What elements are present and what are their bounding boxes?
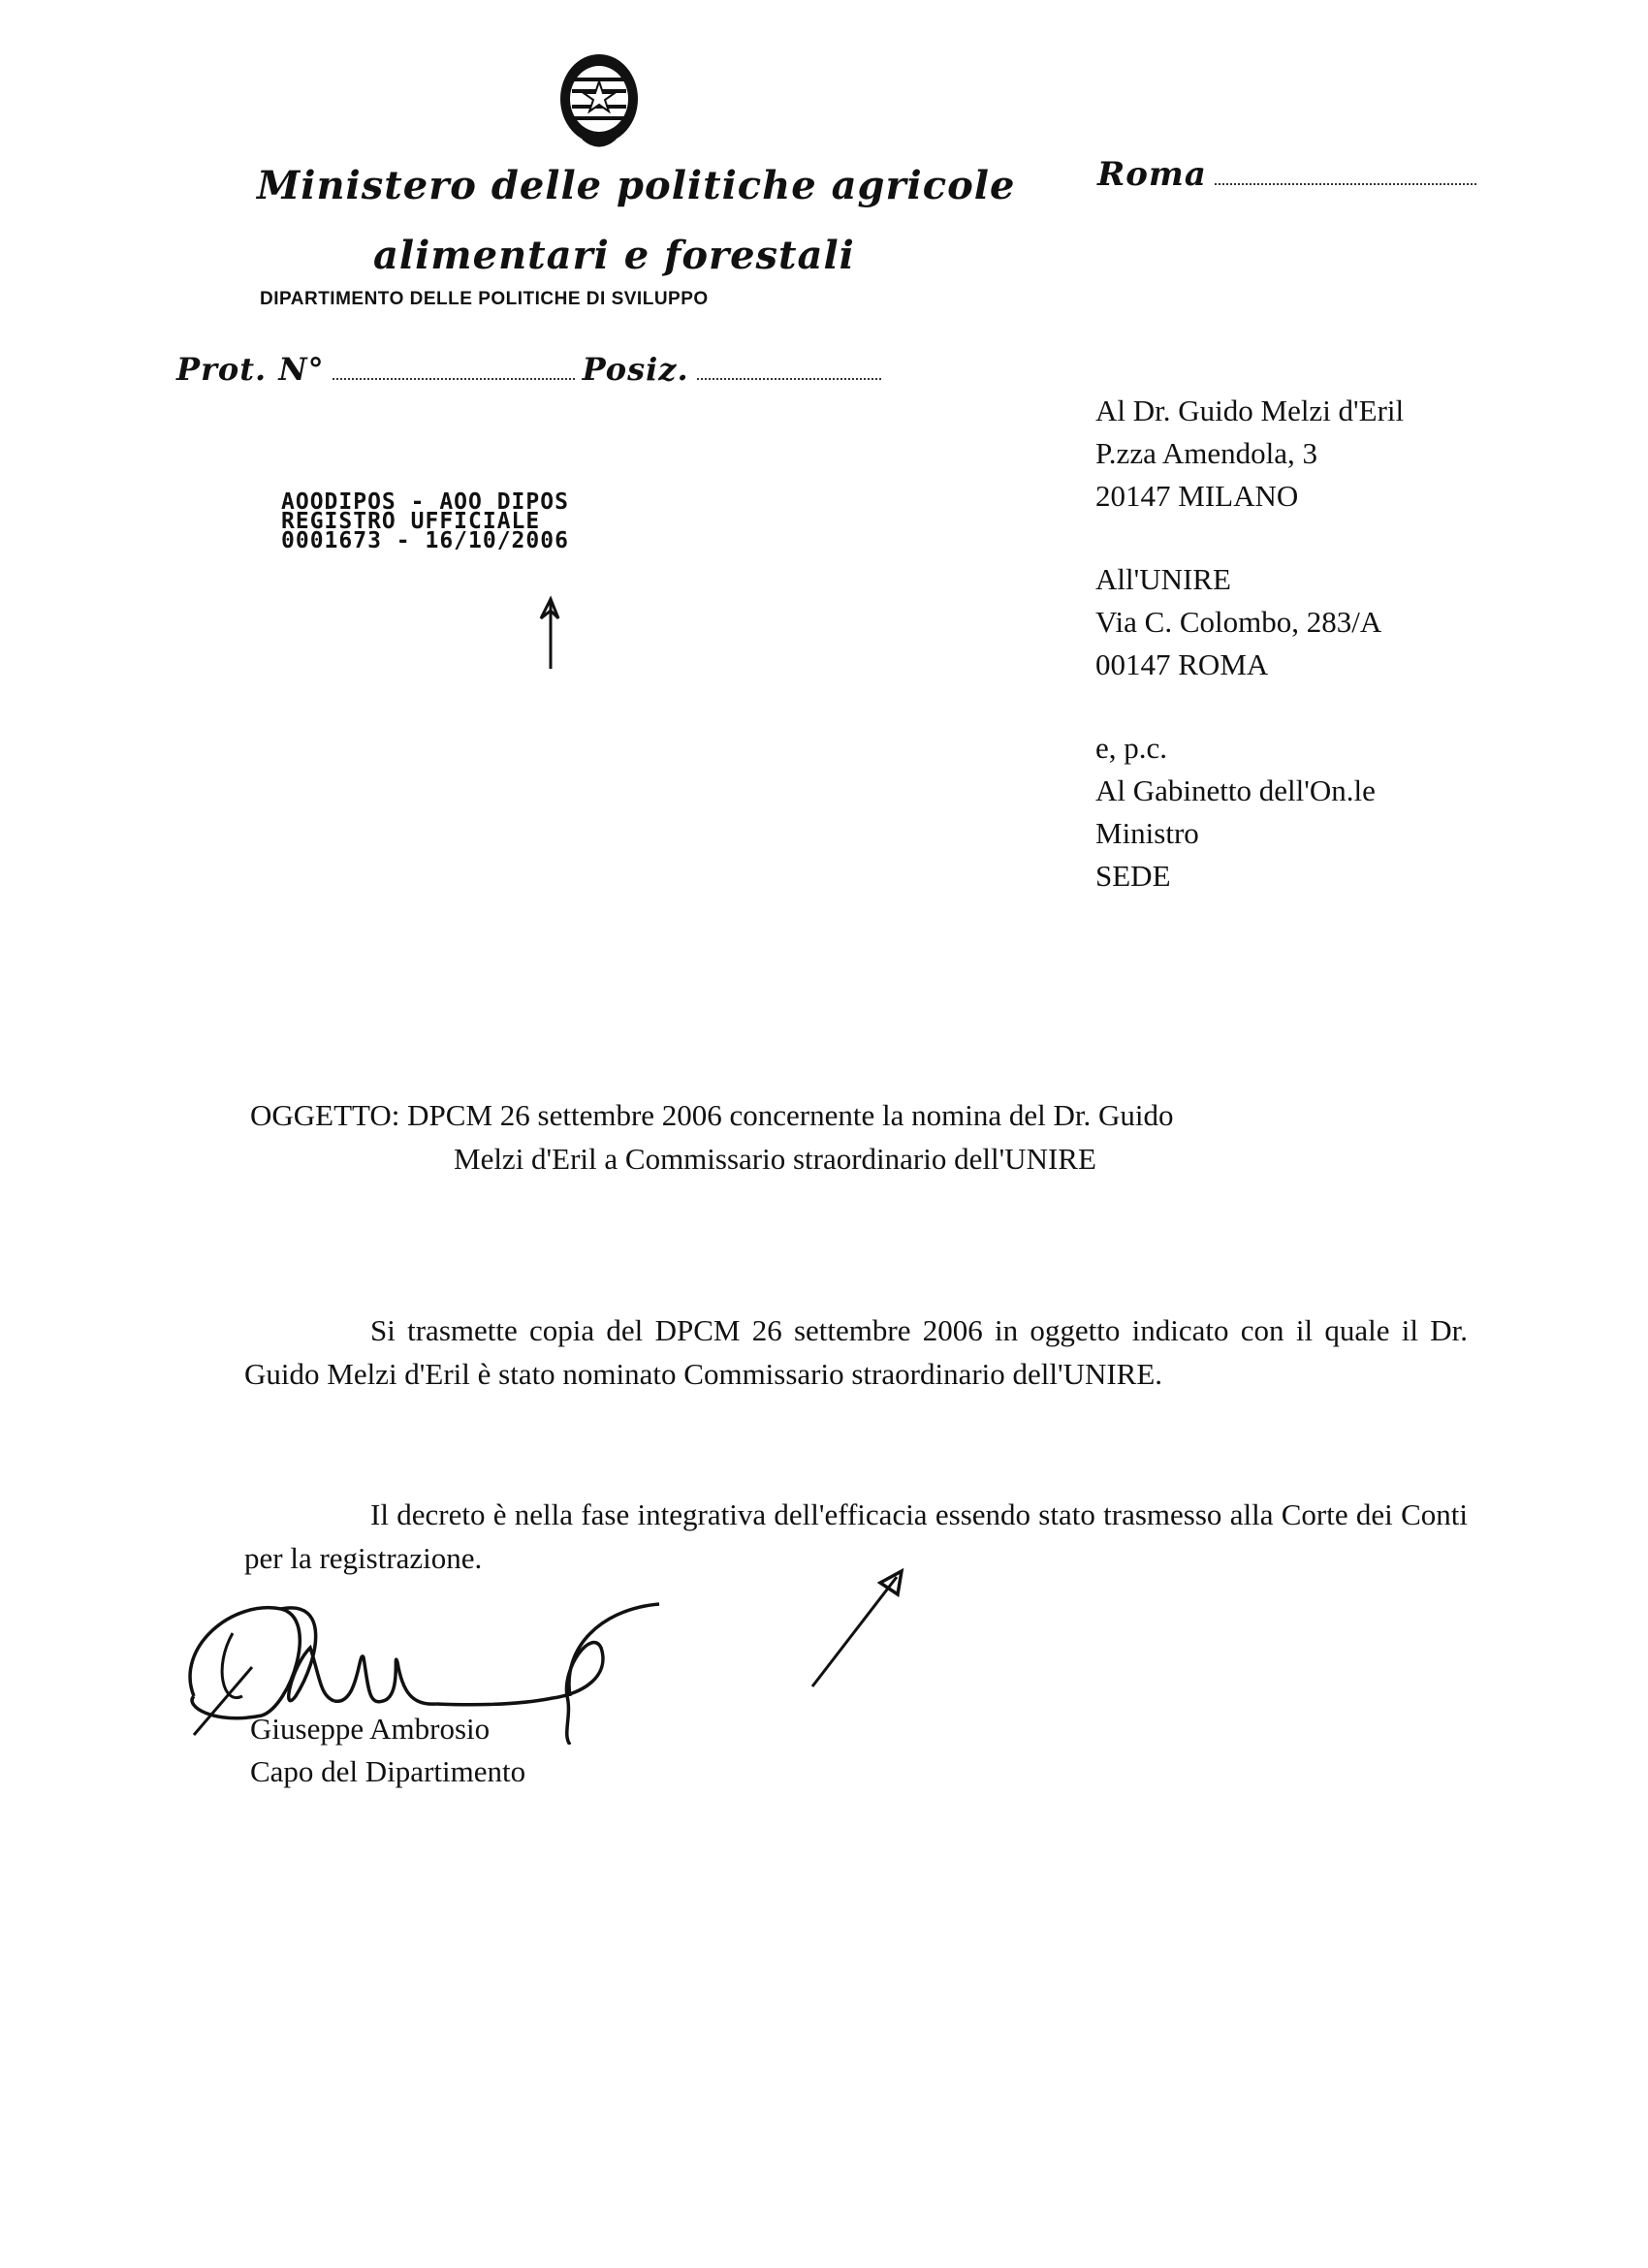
recipient-line: e, p.c. — [1095, 727, 1376, 770]
recipient-block-melzi: Al Dr. Guido Melzi d'Eril P.zza Amendola… — [1095, 390, 1404, 518]
italian-republic-emblem-icon — [555, 50, 644, 151]
stamp-line: 0001673 - 16/10/2006 — [281, 531, 569, 551]
signer-block: Giuseppe Ambrosio Capo del Dipartimento — [250, 1708, 525, 1793]
posiz-label: Posiz. — [583, 351, 689, 388]
signer-name: Giuseppe Ambrosio — [250, 1708, 525, 1750]
place-label: Roma — [1097, 155, 1207, 194]
paragraph-text: Si trasmette copia del DPCM 26 settembre… — [244, 1313, 1468, 1391]
protocol-line: Prot. N° Posiz. — [176, 351, 881, 388]
subject-line1: OGGETTO: DPCM 26 settembre 2006 concerne… — [250, 1093, 1510, 1137]
place-date-line: Roma — [1097, 155, 1476, 194]
posiz-field — [697, 372, 881, 380]
recipient-line: 20147 MILANO — [1095, 475, 1404, 518]
recipient-line: All'UNIRE — [1095, 558, 1381, 601]
subject-line2: Melzi d'Eril a Commissario straordinario… — [250, 1137, 1510, 1181]
signer-title: Capo del Dipartimento — [250, 1750, 525, 1793]
department-name: DIPARTIMENTO DELLE POLITICHE DI SVILUPPO — [260, 289, 709, 310]
subject: OGGETTO: DPCM 26 settembre 2006 concerne… — [250, 1093, 1510, 1181]
date-field — [1215, 177, 1476, 185]
recipient-block-unire: All'UNIRE Via C. Colombo, 283/A 00147 RO… — [1095, 558, 1381, 686]
prot-label: Prot. N° — [176, 351, 325, 388]
prot-number-field — [333, 372, 575, 380]
recipient-block-cc: e, p.c. Al Gabinetto dell'On.le Ministro… — [1095, 727, 1376, 898]
paragraph-text: Il decreto è nella fase integrativa dell… — [244, 1497, 1468, 1575]
recipient-line: Via C. Colombo, 283/A — [1095, 601, 1381, 644]
ministry-name-line1: Ministero delle politiche agricole — [257, 163, 1015, 208]
ministry-name-line2: alimentari e forestali — [373, 233, 855, 278]
recipient-line: SEDE — [1095, 855, 1376, 898]
arrow-up-icon — [531, 593, 570, 671]
arrow-diagonal-icon — [805, 1565, 911, 1691]
recipient-line: Al Gabinetto dell'On.le — [1095, 770, 1376, 812]
registry-stamp: AOODIPOS - AOO DIPOSREGISTRO UFFICIALE00… — [281, 492, 569, 551]
body-paragraph-1: Si trasmette copia del DPCM 26 settembre… — [244, 1308, 1468, 1396]
recipient-line: 00147 ROMA — [1095, 644, 1381, 686]
recipient-line: P.zza Amendola, 3 — [1095, 432, 1404, 475]
recipient-line: Al Dr. Guido Melzi d'Eril — [1095, 390, 1404, 432]
recipient-line: Ministro — [1095, 812, 1376, 855]
